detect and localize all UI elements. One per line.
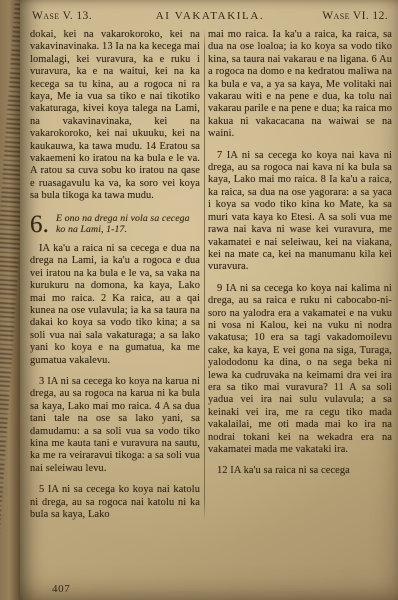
verse-paragraph: 9 IA ni sa cecega ko koya nai kalima ni … xyxy=(208,283,392,457)
chapter-summary: E ono na drega ni vola sa cecega ko na L… xyxy=(30,212,200,236)
page-number: 407 xyxy=(52,583,70,595)
verse-paragraph: 3 IA ni sa cecega ko koya na karua ni dr… xyxy=(30,376,200,475)
column-divider-rule xyxy=(204,29,205,521)
running-head: Wase V. 13. AI VAKATAKILA. Wase VI. 12. xyxy=(30,8,390,26)
chapter-number: 6. xyxy=(30,213,49,236)
left-column: dokai, kei na vakarokoroko, kei na vakav… xyxy=(28,29,200,521)
verse-paragraph: 5 IA ni sa cecega ko koya nai katolu ni … xyxy=(30,484,200,521)
running-head-right-reference: Wase VI. 12. xyxy=(322,8,388,24)
verse-paragraph: 7 IA ni sa cecega ko koya nai kava ni dr… xyxy=(208,150,392,274)
verse-paragraph: IA ka'u a raica ni sa cecega e dua na dr… xyxy=(30,243,200,367)
book-page: Wase V. 13. AI VAKATAKILA. Wase VI. 12. … xyxy=(20,0,398,600)
right-column: mai mo raica. Ia ka'u a raica, ka raica,… xyxy=(208,29,392,521)
verse-paragraph: mai mo raica. Ia ka'u a raica, ka raica,… xyxy=(208,29,392,141)
chapter-heading: 6. E ono na drega ni vola sa cecega ko n… xyxy=(30,212,200,236)
verse-paragraph: 12 IA ka'u sa raica ni sa cecega xyxy=(208,465,392,477)
text-columns: dokai, kei na vakarokoroko, kei na vakav… xyxy=(28,29,392,521)
book-photo: Wase V. 13. AI VAKATAKILA. Wase VI. 12. … xyxy=(0,0,398,600)
verse-paragraph: dokai, kei na vakarokoroko, kei na vakav… xyxy=(30,29,200,203)
